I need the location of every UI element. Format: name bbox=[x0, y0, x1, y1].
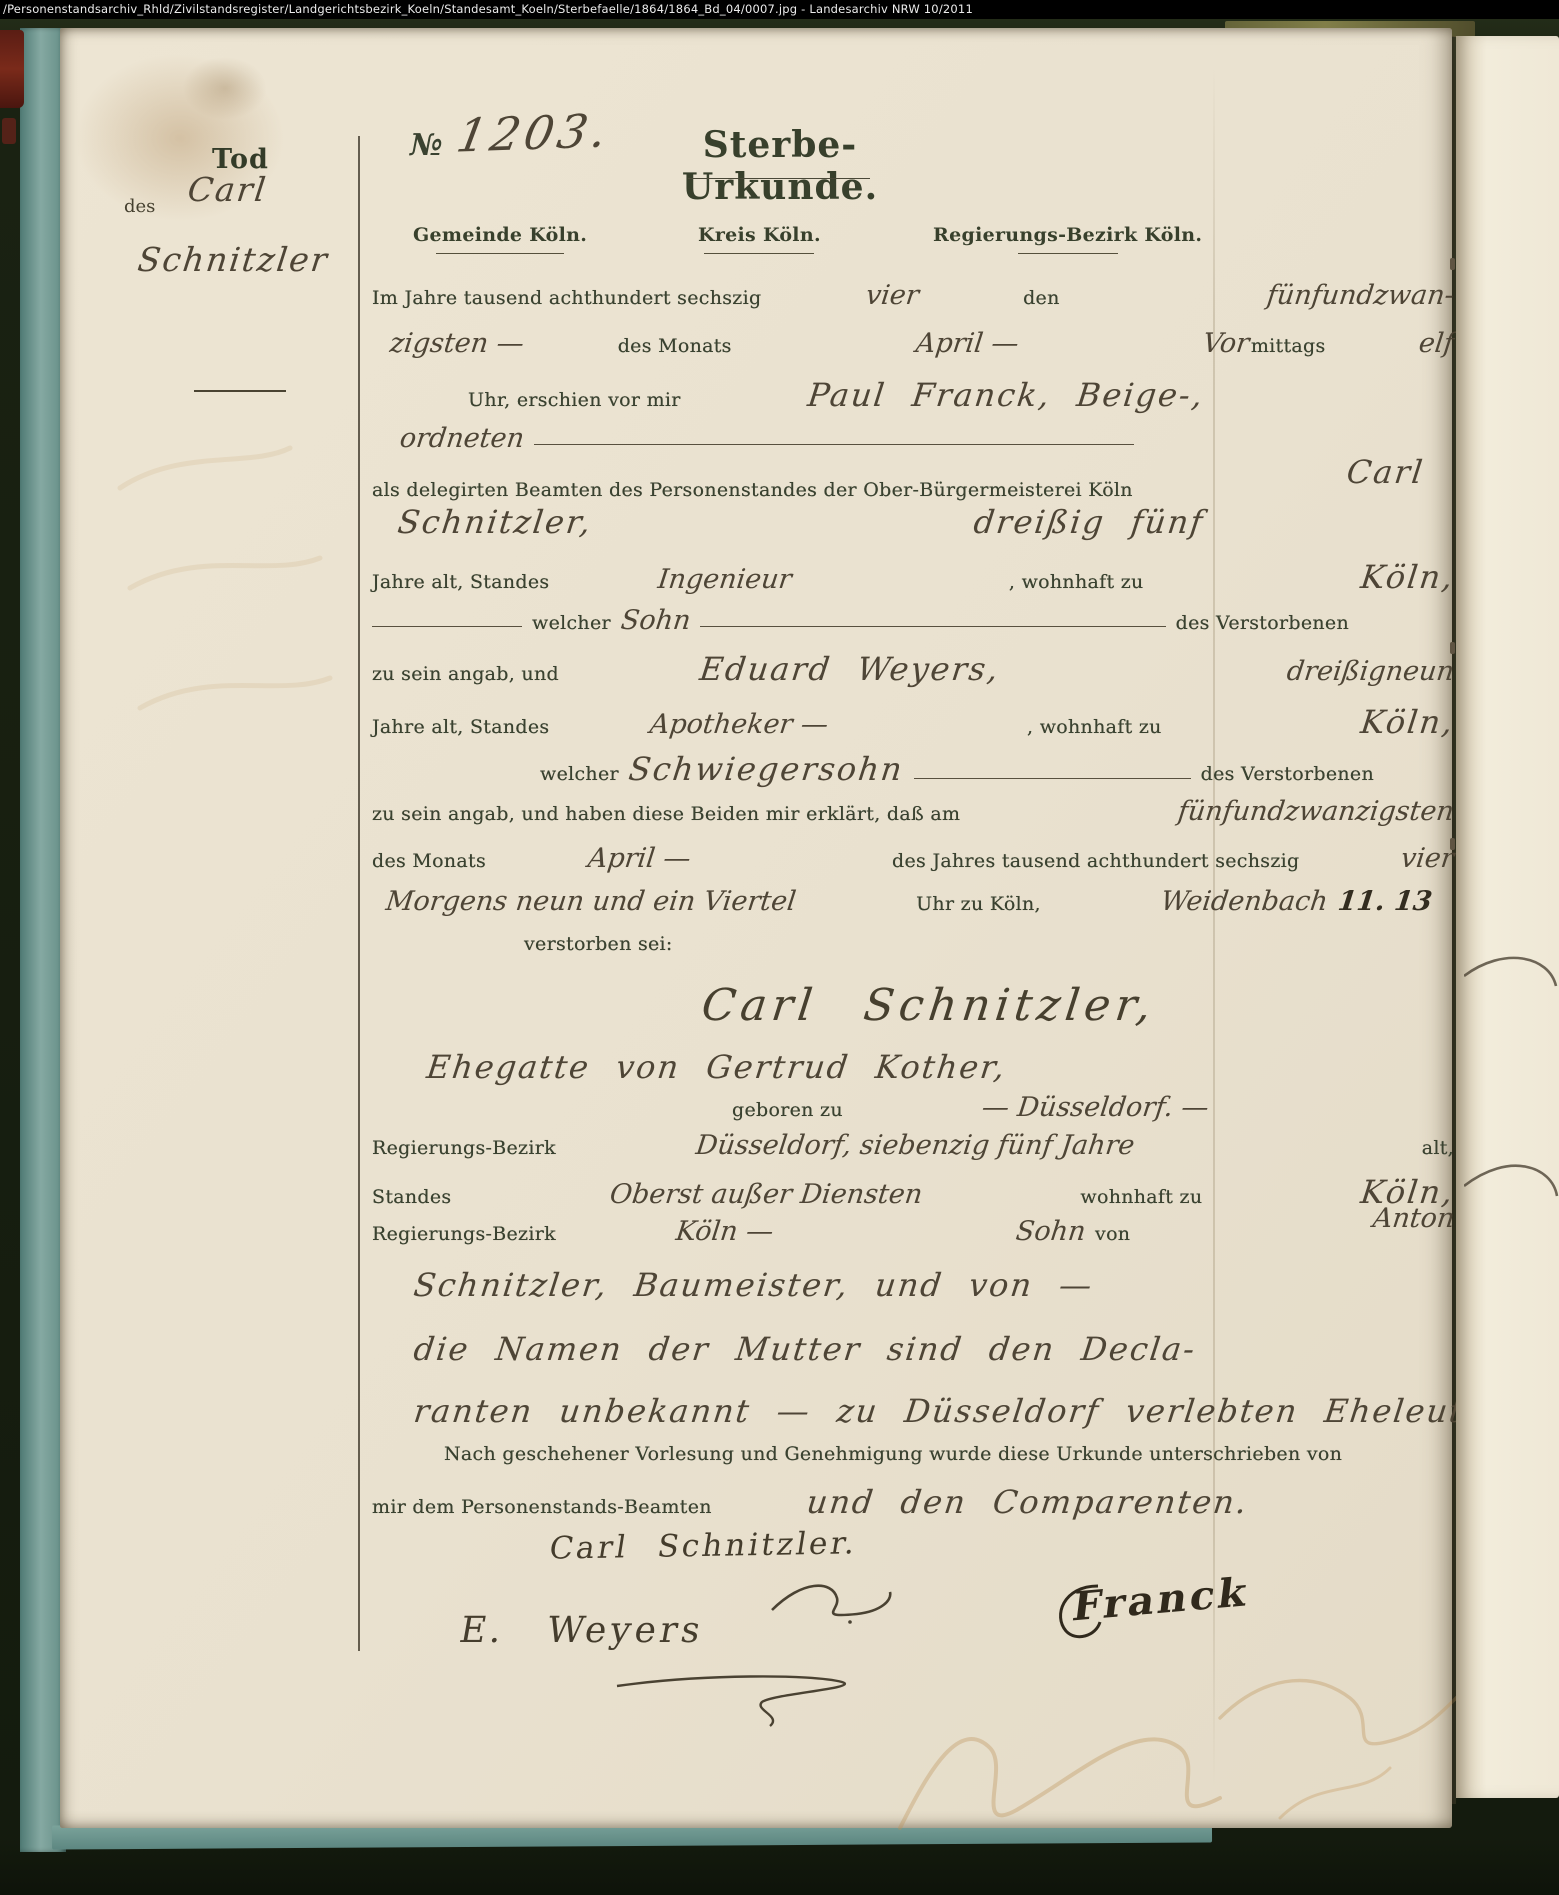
handwritten-entry: April — bbox=[586, 843, 692, 874]
handwritten-entry: Oberst außer Diensten bbox=[608, 1179, 924, 1210]
handwritten-entry: Sohn bbox=[619, 605, 692, 636]
header-col-kreis: Kreis Köln. bbox=[698, 224, 821, 254]
printed-text: Standes bbox=[372, 1186, 451, 1208]
form-line: Regierungs-Bezirk Düsseldorf, siebenzig … bbox=[372, 1130, 1454, 1161]
printed-text: verstorben sei: bbox=[524, 933, 673, 955]
form-line: Schnitzler, Baumeister, und von — bbox=[372, 1266, 1454, 1304]
printed-text: mittags bbox=[1251, 335, 1326, 357]
certificate-page: Tod des Carl Schnitzler № 1203. Sterbe-U… bbox=[60, 28, 1452, 1828]
form-vertical-rule bbox=[358, 136, 360, 1651]
signature-declarant-weyers: E. Weyers bbox=[456, 1610, 707, 1651]
handwritten-entry: dreißigneun bbox=[1285, 656, 1456, 687]
handwritten-entry: Sohn bbox=[1014, 1216, 1087, 1247]
printed-text: Regierungs-Bezirk bbox=[372, 1137, 556, 1159]
form-line: welcher Schwiegersohn des Verstorbenen bbox=[372, 750, 1454, 788]
form-line: Jahre alt, Standes Ingenieur , wohnhaft … bbox=[372, 558, 1454, 596]
handwritten-entry: zigsten — bbox=[388, 328, 526, 359]
printed-text: des Monats bbox=[618, 335, 732, 357]
form-line: Ehegatte von Gertrud Kother, bbox=[372, 1048, 1454, 1086]
file-path-text: /Personenstandsarchiv_Rhld/Zivilstandsre… bbox=[3, 2, 973, 16]
handwritten-entry: vier bbox=[864, 280, 921, 311]
printed-closing-text: mir dem Personenstands-Beamten bbox=[372, 1496, 712, 1518]
record-number-value: 1203. bbox=[453, 103, 615, 162]
printed-text: welcher bbox=[532, 612, 611, 634]
handwritten-entry: Carl bbox=[1345, 453, 1427, 491]
blank-rule bbox=[534, 444, 1134, 445]
printed-closing-text: Nach geschehener Vorlesung und Genehmigu… bbox=[444, 1443, 1342, 1465]
form-line: Nach geschehener Vorlesung und Genehmigu… bbox=[372, 1443, 1454, 1465]
margin-name-first: Carl bbox=[186, 170, 270, 209]
printed-text: alt, bbox=[1422, 1137, 1454, 1159]
printed-text: geboren zu bbox=[732, 1099, 843, 1121]
printed-text: Regierungs-Bezirk bbox=[372, 1223, 556, 1245]
printed-text: als delegirten Beamten des Personenstand… bbox=[372, 479, 1133, 501]
header-underline bbox=[436, 253, 564, 254]
form-line: Standes Oberst außer Diensten wohnhaft z… bbox=[372, 1173, 1454, 1211]
printed-text: von bbox=[1095, 1223, 1130, 1245]
header-underline bbox=[704, 253, 814, 254]
printed-text: des Jahres tausend achthundert sechszig bbox=[892, 850, 1299, 872]
blank-rule bbox=[914, 778, 1191, 779]
handwritten-entry: und den Comparenten. bbox=[804, 1483, 1250, 1521]
handwritten-entry: April — bbox=[914, 328, 1020, 359]
handwritten-entry: Schwiegersohn bbox=[627, 750, 906, 788]
form-line: des Monats April — des Jahres tausend ac… bbox=[372, 843, 1454, 874]
ink-bleedthrough-margin bbox=[90, 428, 350, 788]
printed-text: Uhr zu Köln, bbox=[916, 893, 1041, 915]
signature-underline-flourish bbox=[612, 1672, 872, 1732]
handwritten-father-line: Schnitzler, Baumeister, und von — bbox=[412, 1266, 1096, 1304]
handwritten-entry: vier bbox=[1399, 843, 1456, 874]
handwritten-entry: Anton bbox=[1371, 1203, 1456, 1234]
form-line: zigsten — des Monats April — Vor mittags… bbox=[372, 328, 1454, 359]
signature-registrar-franck: Franck bbox=[1070, 1569, 1252, 1631]
header-col-gemeinde: Gemeinde Köln. bbox=[413, 224, 587, 254]
form-line: die Namen der Mutter sind den Decla- bbox=[372, 1330, 1454, 1368]
form-line: Morgens neun und ein Viertel Uhr zu Köln… bbox=[372, 886, 1454, 917]
handwritten-entry: ordneten bbox=[398, 423, 526, 454]
binding-stitch bbox=[1450, 258, 1455, 270]
document-title: Sterbe-Urkunde. bbox=[620, 124, 940, 208]
blank-rule bbox=[700, 626, 1165, 627]
printed-text: den bbox=[1023, 287, 1060, 309]
handwritten-entry: — Düsseldorf. — bbox=[980, 1092, 1210, 1123]
record-number-label: № bbox=[410, 128, 443, 163]
form-line: zu sein angab, und Eduard Weyers, dreißi… bbox=[372, 650, 1454, 688]
handwritten-spouse-line: Ehegatte von Gertrud Kother, bbox=[425, 1048, 1009, 1086]
spine-label-fragment-2 bbox=[2, 118, 16, 144]
form-line: geboren zu — Düsseldorf. — bbox=[372, 1092, 1454, 1123]
form-line: verstorben sei: bbox=[372, 933, 1454, 955]
handwritten-entry: Paul Franck, Beige-, bbox=[806, 376, 1207, 414]
handwritten-entry: Apotheker — bbox=[648, 709, 830, 740]
handwritten-entry: Morgens neun und ein Viertel bbox=[384, 886, 798, 917]
handwritten-entry: Köln — bbox=[674, 1216, 775, 1247]
handwritten-entry: Köln, bbox=[1358, 703, 1456, 741]
handwritten-entry: Düsseldorf, siebenzig fünf Jahre bbox=[694, 1130, 1136, 1161]
header-col-kreis-text: Kreis Köln. bbox=[698, 224, 821, 246]
printed-text: des Verstorbenen bbox=[1176, 612, 1349, 634]
form-line: welcher Sohn des Verstorbenen bbox=[372, 605, 1454, 636]
title-underline bbox=[688, 178, 870, 179]
margin-label-des: des bbox=[124, 196, 155, 217]
handwritten-mother-line-2: ranten unbekannt — zu Düsseldorf verlebt… bbox=[412, 1392, 1510, 1430]
form-line: ranten unbekannt — zu Düsseldorf verlebt… bbox=[372, 1392, 1454, 1430]
page-fold-line bbox=[1213, 68, 1215, 1788]
printed-text: welcher bbox=[540, 763, 619, 785]
signature-declarant-schnitzler: Carl Schnitzler. bbox=[547, 1525, 861, 1566]
handwritten-deceased-name: Carl Schnitzler, bbox=[699, 980, 1159, 1031]
handwritten-entry: Eduard Weyers, bbox=[697, 650, 1001, 688]
printed-text: zu sein angab, und haben diese Beiden mi… bbox=[372, 803, 960, 825]
form-line: Uhr, erschien vor mir Paul Franck, Beige… bbox=[372, 376, 1454, 414]
handwritten-entry: elf bbox=[1418, 328, 1456, 359]
form-line: zu sein angab, und haben diese Beiden mi… bbox=[372, 796, 1454, 827]
printed-text: , wohnhaft zu bbox=[1027, 716, 1162, 738]
archive-image-viewer: /Personenstandsarchiv_Rhld/Zivilstandsre… bbox=[0, 0, 1559, 1895]
margin-name-last: Schnitzler bbox=[136, 240, 331, 279]
printed-text: des Verstorbenen bbox=[1201, 763, 1374, 785]
handwritten-entry: dreißig fünf bbox=[972, 503, 1207, 541]
form-line: Jahre alt, Standes Apotheker — , wohnhaf… bbox=[372, 703, 1454, 741]
handwritten-entry: Weidenbach bbox=[1159, 886, 1330, 917]
form-line: ordneten bbox=[372, 423, 1454, 454]
header-col-bezirk-text: Regierungs-Bezirk Köln. bbox=[933, 224, 1202, 246]
binding-stitch bbox=[1450, 838, 1455, 850]
handwritten-entry: Schnitzler, bbox=[396, 503, 595, 541]
handwritten-house-number: 11. 13 bbox=[1336, 886, 1434, 917]
header-col-gemeinde-text: Gemeinde Köln. bbox=[413, 224, 587, 246]
signature-flourish bbox=[762, 1570, 902, 1626]
printed-text: Uhr, erschien vor mir bbox=[468, 389, 681, 411]
handwritten-mother-line: die Namen der Mutter sind den Decla- bbox=[412, 1330, 1199, 1368]
handwritten-entry: fünfundzwanzigsten bbox=[1176, 796, 1456, 827]
deceased-name-line: Carl Schnitzler, bbox=[372, 980, 1454, 1031]
printed-text: , wohnhaft zu bbox=[1009, 571, 1144, 593]
printed-text: zu sein angab, und bbox=[372, 663, 559, 685]
handwritten-entry: fünfundzwan- bbox=[1265, 280, 1456, 311]
form-line: mir dem Personenstands-Beamten und den C… bbox=[372, 1483, 1454, 1521]
spine-label-fragment bbox=[0, 30, 24, 108]
printed-text: des Monats bbox=[372, 850, 486, 872]
opposite-page-sliver bbox=[1456, 36, 1559, 1798]
handwritten-entry: Vor bbox=[1201, 328, 1251, 359]
margin-dash bbox=[194, 390, 286, 392]
header-col-bezirk: Regierungs-Bezirk Köln. bbox=[933, 224, 1202, 254]
form-line: Schnitzler, dreißig fünf bbox=[372, 503, 1454, 541]
blank-rule bbox=[372, 626, 522, 627]
printed-text: Jahre alt, Standes bbox=[372, 716, 549, 738]
file-path-bar: /Personenstandsarchiv_Rhld/Zivilstandsre… bbox=[0, 0, 1559, 19]
header-underline bbox=[1018, 253, 1118, 254]
form-line: als delegirten Beamten des Personenstand… bbox=[372, 466, 1454, 504]
printed-text: Jahre alt, Standes bbox=[372, 571, 549, 593]
binding-stitch bbox=[1450, 642, 1455, 654]
form-line: Regierungs-Bezirk Köln — Sohn von Anton bbox=[372, 1216, 1454, 1247]
form-line: Im Jahre tausend achthundert sechszig vi… bbox=[372, 280, 1454, 311]
opposite-page-ink-strokes bbox=[1464, 936, 1559, 1296]
printed-text: wohnhaft zu bbox=[1080, 1186, 1202, 1208]
handwritten-entry: Köln, bbox=[1358, 558, 1456, 596]
printed-text: Im Jahre tausend achthundert sechszig bbox=[372, 287, 761, 309]
handwritten-entry: Ingenieur bbox=[656, 564, 793, 595]
